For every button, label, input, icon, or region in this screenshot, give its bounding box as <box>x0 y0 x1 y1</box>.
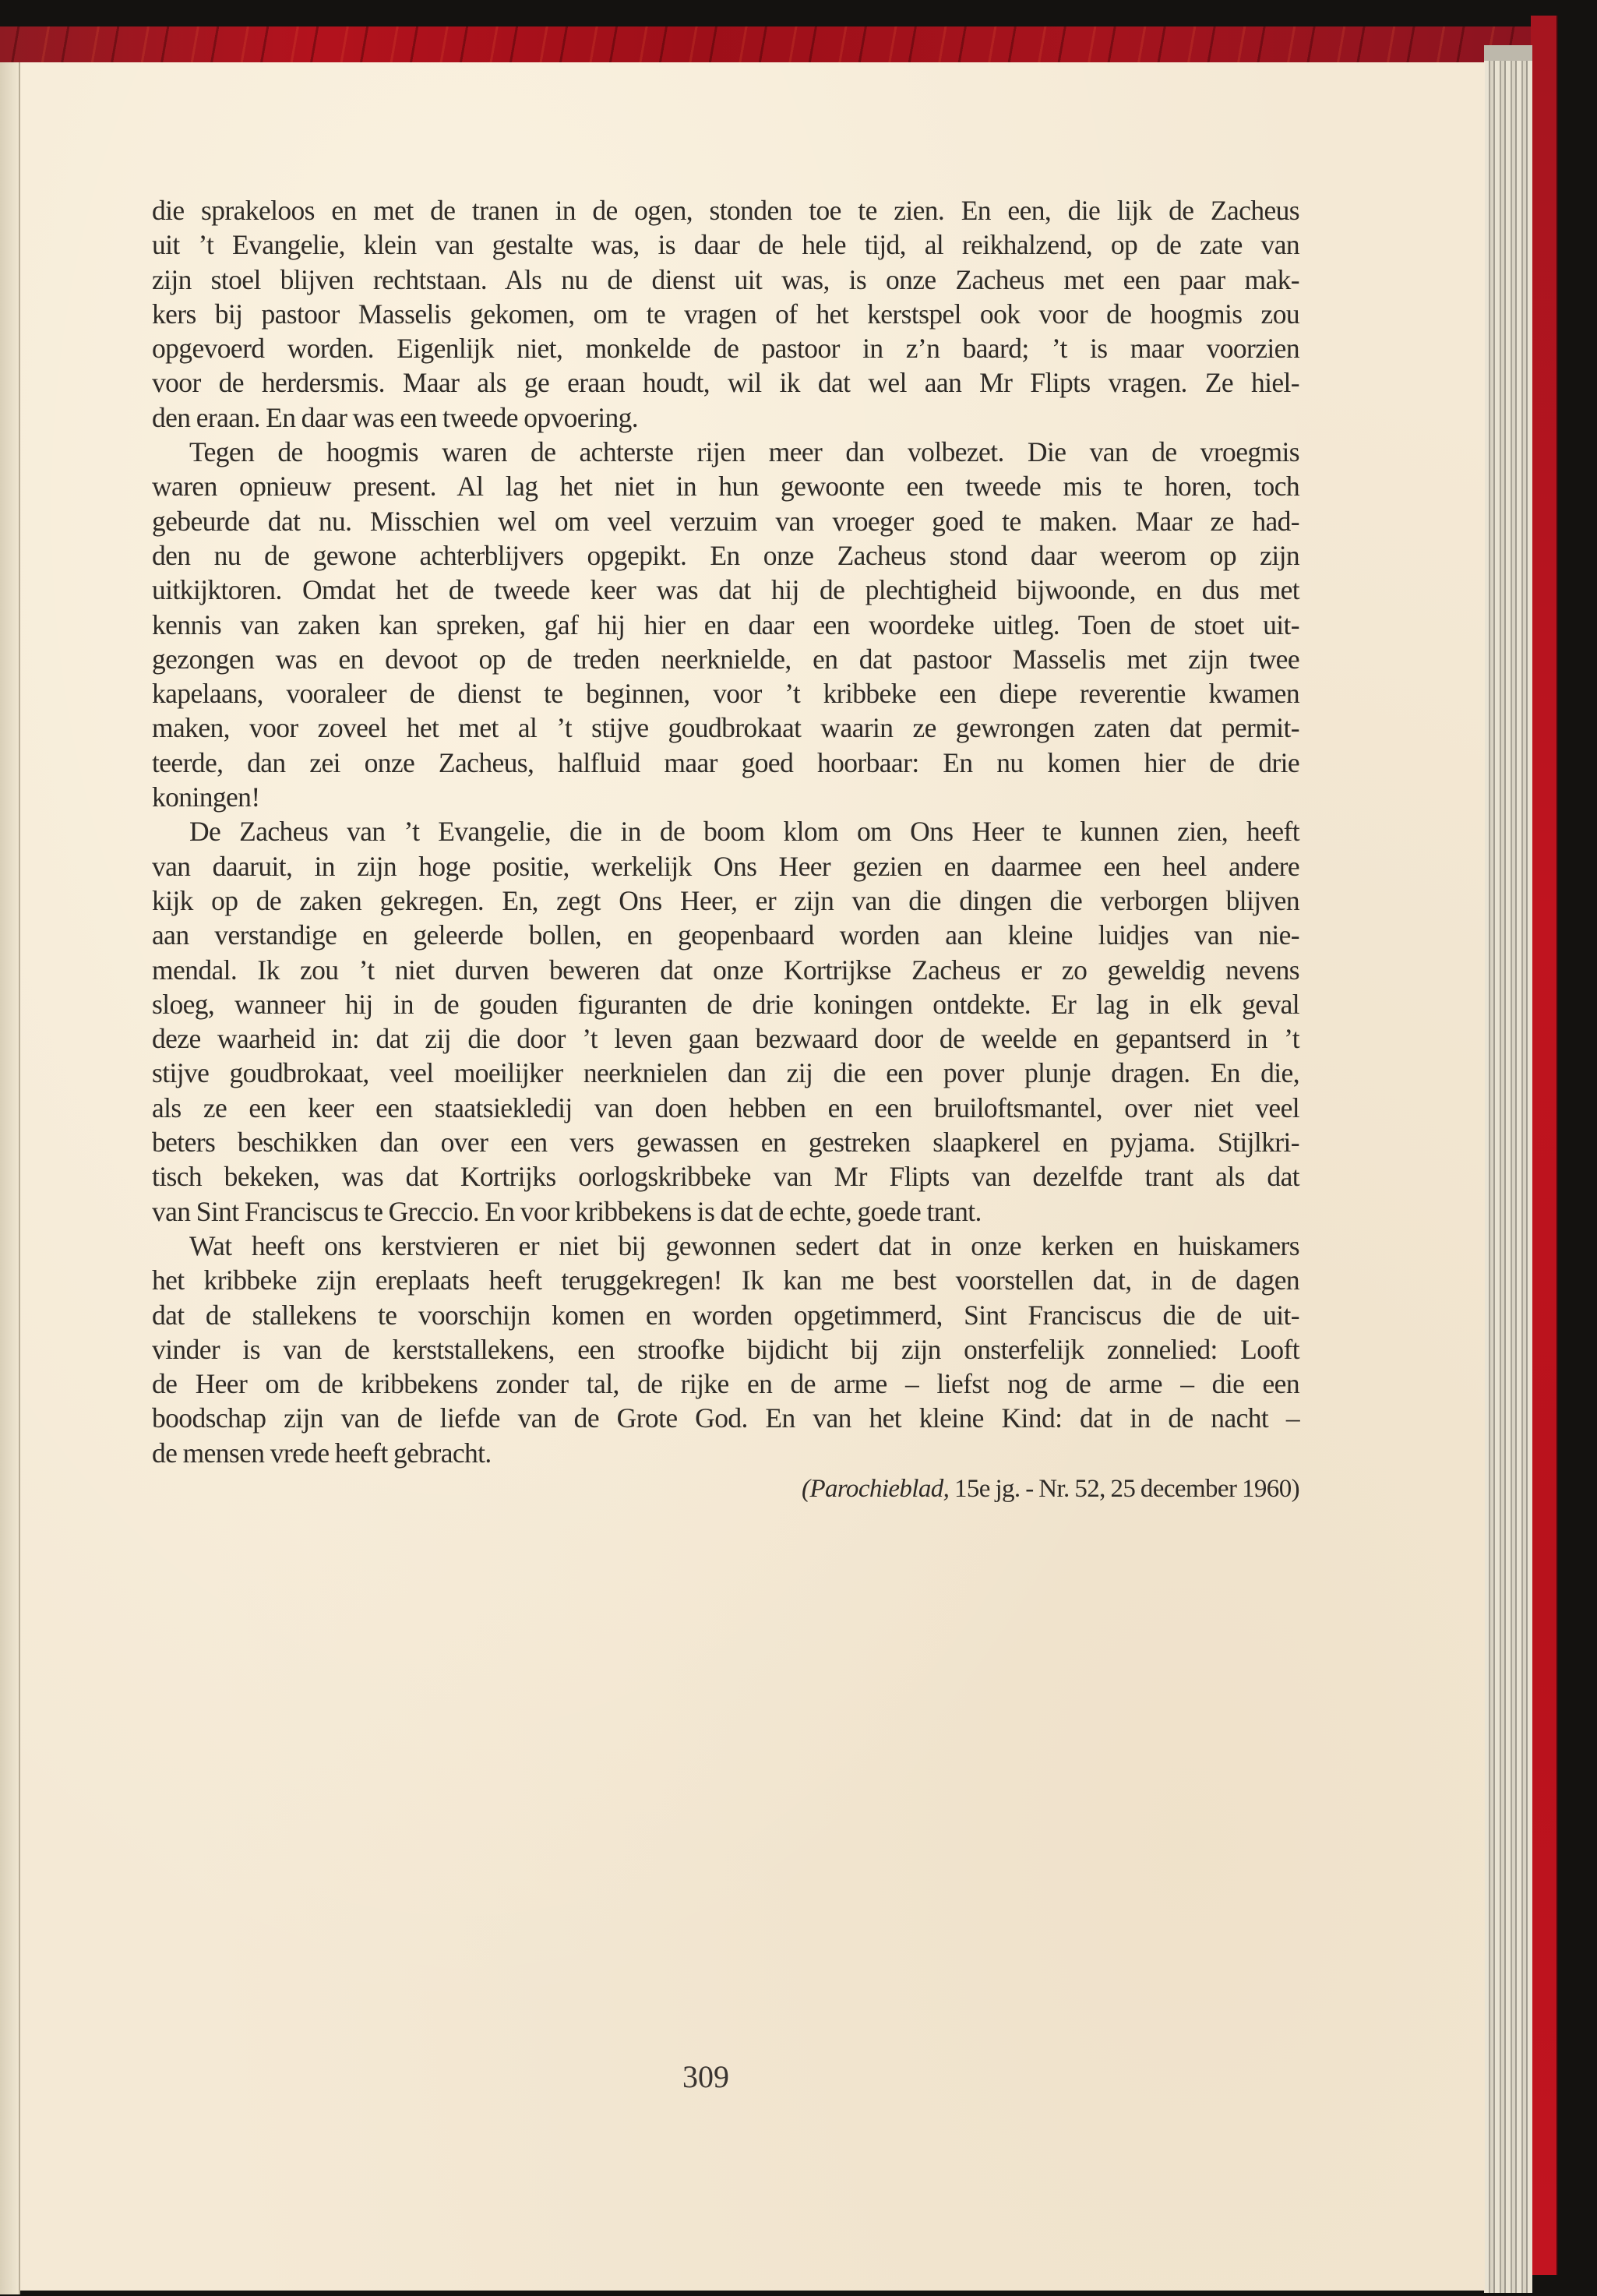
text-line: beters beschikken dan over een vers gewa… <box>152 1125 1299 1159</box>
paragraph-1: die sprakeloos en met de tranen in de og… <box>152 193 1299 435</box>
text-line: opgevoerd worden. Eigenlijk niet, monkel… <box>152 331 1299 365</box>
paragraph-2: Tegen de hoogmis waren de achterste rije… <box>152 435 1299 814</box>
text-line: waren opnieuw present. Al lag het niet i… <box>152 469 1299 503</box>
source-citation: (Parochieblad, 15e jg. - Nr. 52, 25 dece… <box>152 1472 1299 1506</box>
text-line: den nu de gewone achterblijvers opgepikt… <box>152 538 1299 573</box>
text-line: van Sint Franciscus te Greccio. En voor … <box>152 1194 1299 1229</box>
text-line: tisch bekeken, was dat Kortrijks oorlogs… <box>152 1159 1299 1194</box>
citation-source-title: Parochieblad, <box>809 1475 949 1503</box>
text-line: stijve goudbrokaat, veel moeilijker neer… <box>152 1056 1299 1090</box>
page-stack-edge <box>1484 45 1532 2293</box>
previous-page-fold <box>0 62 20 2294</box>
text-line: die sprakeloos en met de tranen in de og… <box>152 193 1299 227</box>
text-line: deze waarheid in: dat zij die door ’t le… <box>152 1021 1299 1056</box>
text-line: kennis van zaken kan spreken, gaf hij hi… <box>152 608 1299 642</box>
text-line: van daaruit, in zijn hoge positie, werke… <box>152 849 1299 883</box>
text-line: koningen! <box>152 780 1299 814</box>
body-text: die sprakeloos en met de tranen in de og… <box>152 193 1299 1506</box>
text-line: als ze een keer een staatsiekledij van d… <box>152 1091 1299 1125</box>
text-line: het kribbeke zijn ereplaats heeft terugg… <box>152 1263 1299 1297</box>
paragraph-3: De Zacheus van ’t Evangelie, die in de b… <box>152 814 1299 1229</box>
text-line: gebeurde dat nu. Misschien wel om veel v… <box>152 504 1299 538</box>
paragraph-4: Wat heeft ons kerstvieren er niet bij ge… <box>152 1229 1299 1470</box>
text-line: mendal. Ik zou ’t niet durven beweren da… <box>152 953 1299 987</box>
text-line: teerde, dan zei onze Zacheus, halfluid m… <box>152 746 1299 780</box>
book-page: die sprakeloos en met de tranen in de og… <box>20 62 1485 2291</box>
text-line: voor de herdersmis. Maar als ge eraan ho… <box>152 365 1299 400</box>
text-line: vinder is van de kerststallekens, een st… <box>152 1332 1299 1367</box>
text-line: kers bij pastoor Masselis gekomen, om te… <box>152 297 1299 331</box>
text-line: maken, voor zoveel het met al ’t stijve … <box>152 711 1299 745</box>
page-number: 309 <box>20 2058 1485 2095</box>
text-line: Wat heeft ons kerstvieren er niet bij ge… <box>152 1229 1299 1263</box>
text-line: dat de stallekens te voorschijn komen en… <box>152 1298 1299 1332</box>
book-cover-top-edge <box>0 26 1550 65</box>
text-line: boodschap zijn van de liefde van de Grot… <box>152 1401 1299 1435</box>
text-line: uitkijktoren. Omdat het de tweede keer w… <box>152 573 1299 607</box>
text-line: sloeg, wanneer hij in de gouden figurant… <box>152 987 1299 1021</box>
text-line: de Heer om de kribbekens zonder tal, de … <box>152 1367 1299 1401</box>
text-line: kapelaans, vooraleer de dienst te beginn… <box>152 676 1299 711</box>
text-line: uit ’t Evangelie, klein van gestalte was… <box>152 227 1299 262</box>
text-line: de mensen vrede heeft gebracht. <box>152 1436 1299 1470</box>
text-line: den eraan. En daar was een tweede opvoer… <box>152 400 1299 435</box>
text-line: zijn stoel blijven rechtstaan. Als nu de… <box>152 263 1299 297</box>
text-line: De Zacheus van ’t Evangelie, die in de b… <box>152 814 1299 848</box>
text-line: aan verstandige en geleerde bollen, en g… <box>152 918 1299 952</box>
text-line: kijk op de zaken gekregen. En, zegt Ons … <box>152 883 1299 918</box>
text-line: Tegen de hoogmis waren de achterste rije… <box>152 435 1299 469</box>
text-line: gezongen was en devoot op de treden neer… <box>152 642 1299 676</box>
citation-open-paren: ( <box>802 1475 809 1503</box>
book-cover-right-edge <box>1531 16 1558 2275</box>
citation-details: 15e jg. - Nr. 52, 25 december 1960) <box>949 1475 1299 1503</box>
